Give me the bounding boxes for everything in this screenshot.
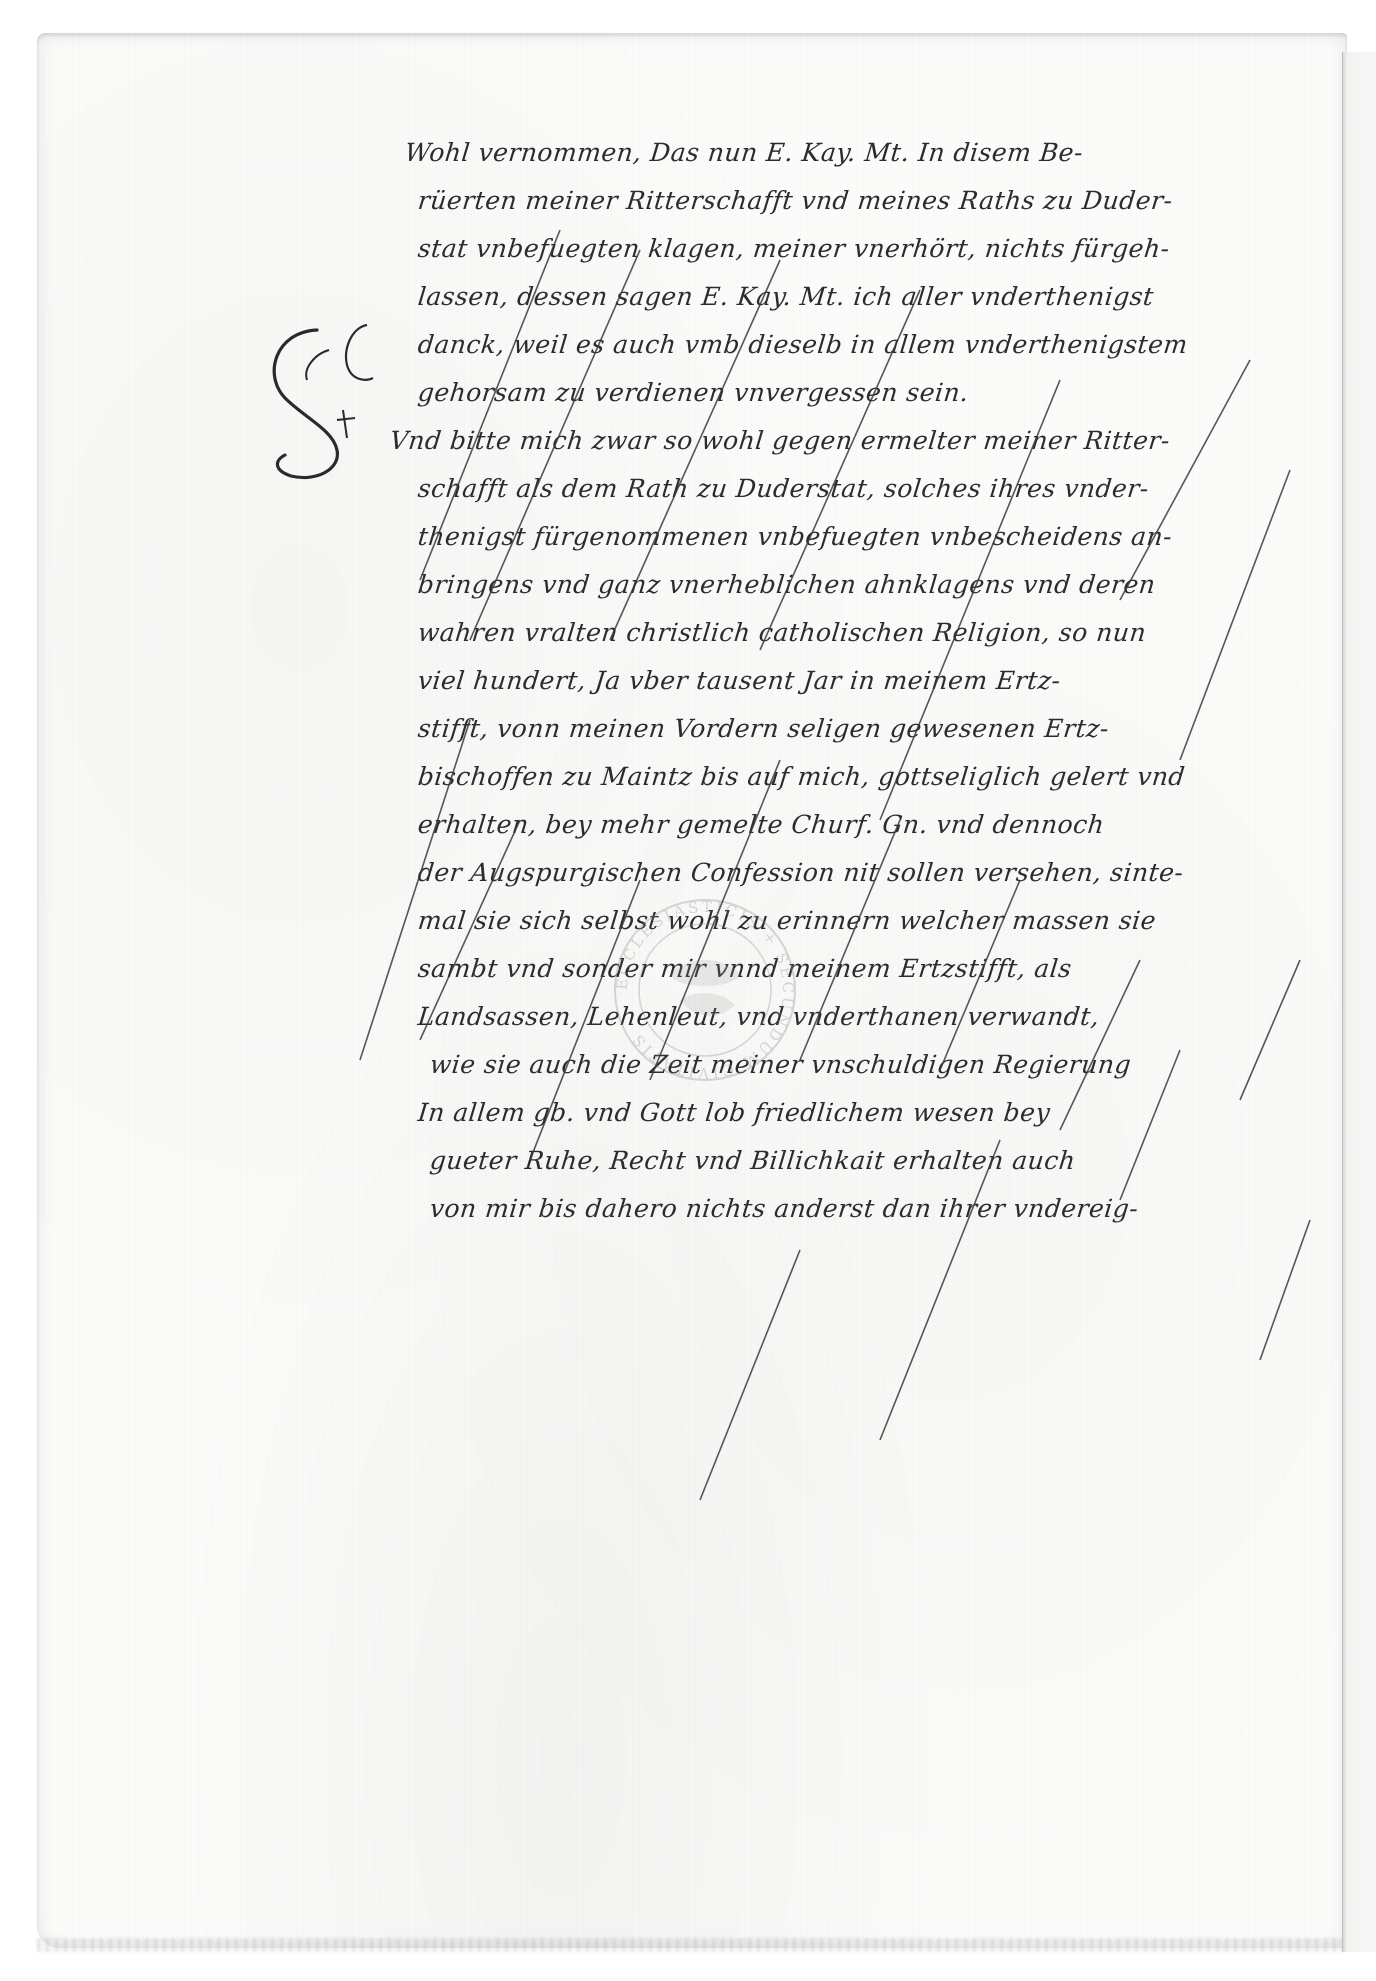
manuscript-line: erhalten, bey mehr gemelte Churf. Gn. vn… — [417, 812, 1106, 837]
manuscript-line: gueter Ruhe, Recht vnd Billichkait erhal… — [429, 1148, 1077, 1173]
binding-gutter — [1342, 52, 1376, 1952]
manuscript-line: lassen, dessen sagen E. Kay. Mt. ich all… — [417, 284, 1155, 309]
manuscript-line: bischoffen zu Maintz bis auf mich, gotts… — [417, 764, 1187, 789]
manuscript-line: schafft als dem Rath zu Duderstat, solch… — [417, 476, 1150, 501]
manuscript-line: stifft, vonn meinen Vordern seligen gewe… — [417, 716, 1111, 741]
svg-text:ECCLESIASTICIS + SECUNDUM CIVI: ECCLESIASTICIS + SECUNDUM CIVITATIS — [613, 898, 797, 1082]
manuscript-line: der Augspurgischen Confession nit sollen… — [417, 860, 1185, 885]
manuscript-line: Wohl vernommen, Das nun E. Kay. Mt. In d… — [404, 140, 1085, 165]
manuscript-line: stat vnbefuegten klagen, meiner vnerhört… — [417, 236, 1171, 261]
manuscript-line: thenigst fürgenommenen vnbefuegten vnbes… — [417, 524, 1174, 549]
torn-bottom-edge — [37, 1938, 1347, 1952]
manuscript-line: von mir bis dahero nichts anderst dan ih… — [429, 1196, 1140, 1221]
manuscript-line: viel hundert, Ja vber tausent Jar in mei… — [417, 668, 1062, 693]
margin-flourish-icon — [255, 320, 375, 490]
library-stamp-icon: ECCLESIASTICIS + SECUNDUM CIVITATIS — [610, 895, 800, 1085]
manuscript-line: In allem gb. vnd Gott lob friedlichem we… — [417, 1100, 1052, 1125]
manuscript-line: rüerten meiner Ritterschafft vnd meines … — [417, 188, 1174, 213]
manuscript-line: wahren vralten christlich catholischen R… — [417, 620, 1148, 645]
manuscript-line: bringens vnd ganz vnerheblichen ahnklage… — [417, 572, 1157, 597]
manuscript-line: Vnd bitte mich zwar so wohl gegen ermelt… — [389, 428, 1172, 453]
manuscript-line: gehorsam zu verdienen vnvergessen sein. — [417, 380, 970, 405]
manuscript-line: danck, weil es auch vmb dieselb in allem… — [417, 332, 1189, 357]
